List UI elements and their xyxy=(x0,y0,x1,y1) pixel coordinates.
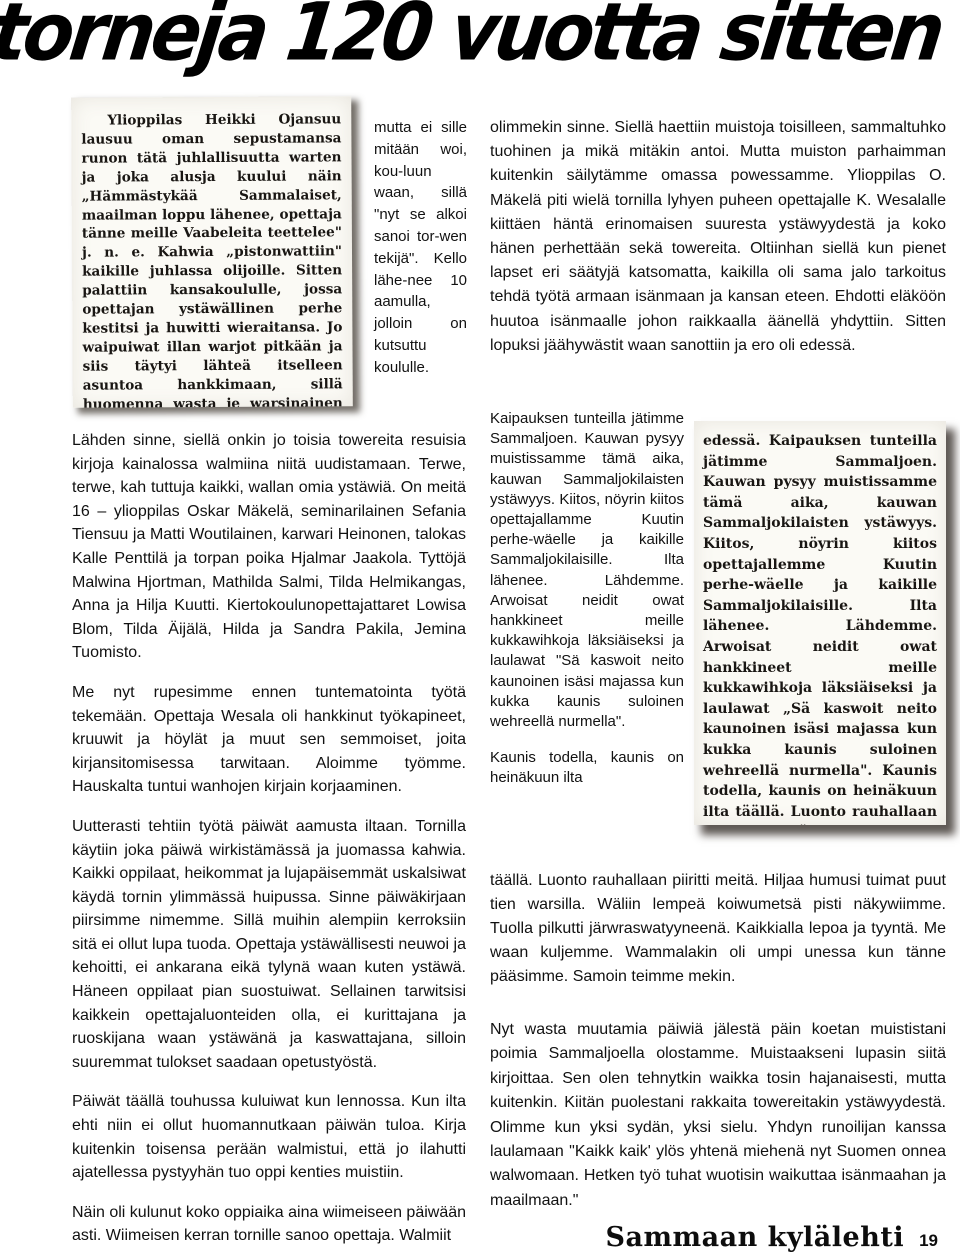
body-paragraph: Nyt wasta muutamia päiwiä jälestä päin k… xyxy=(490,1018,946,1213)
body-paragraph: Uutterasti tehtiin työtä päiwät aamusta … xyxy=(72,815,466,1075)
footer-journal-name: Sammaan kylälehti xyxy=(605,1222,904,1253)
body-paragraph: Me nyt rupesimme ennen tuntematointa työ… xyxy=(72,681,466,799)
page-title: torneja 120 vuotta sitten xyxy=(0,0,946,79)
middle-column-text: mutta ei sille mitään woi, kou-luun waan… xyxy=(374,117,467,379)
newspaper-clipping-left: Ylioppilas Heikki Ojansuu lausuu oman se… xyxy=(71,96,353,407)
newspaper-clipping-right: edessä. Kaipauksen tunteilla jätimme Sam… xyxy=(694,421,946,825)
right-narrow-column: Kaipauksen tunteilla jätimme Sammaljoen.… xyxy=(490,409,684,805)
body-paragraph: Päiwät täällä touhussa kuluiwat kun lenn… xyxy=(72,1090,466,1184)
body-paragraph: täällä. Luonto rauhallaan piiritti meitä… xyxy=(490,869,946,989)
body-paragraph: Kaipauksen tunteilla jätimme Sammaljoen.… xyxy=(490,409,684,732)
footer-page-number: 19 xyxy=(919,1231,938,1251)
page-footer: Sammaan kylälehti 19 xyxy=(0,1222,938,1253)
body-paragraph: Lähden sinne, siellä onkin jo toisia tow… xyxy=(72,429,466,665)
body-paragraph: olimmekin sinne. Siellä haettiin muistoj… xyxy=(490,116,946,358)
body-paragraph: Kaunis todella, kaunis on heinäkuun ilta xyxy=(490,748,684,788)
magazine-page: torneja 120 vuotta sitten Ylioppilas Hei… xyxy=(0,0,960,1258)
right-wrap-region: Kaipauksen tunteilla jätimme Sammaljoen.… xyxy=(490,409,946,825)
left-text-column: Lähden sinne, siellä onkin jo toisia tow… xyxy=(72,429,466,1258)
